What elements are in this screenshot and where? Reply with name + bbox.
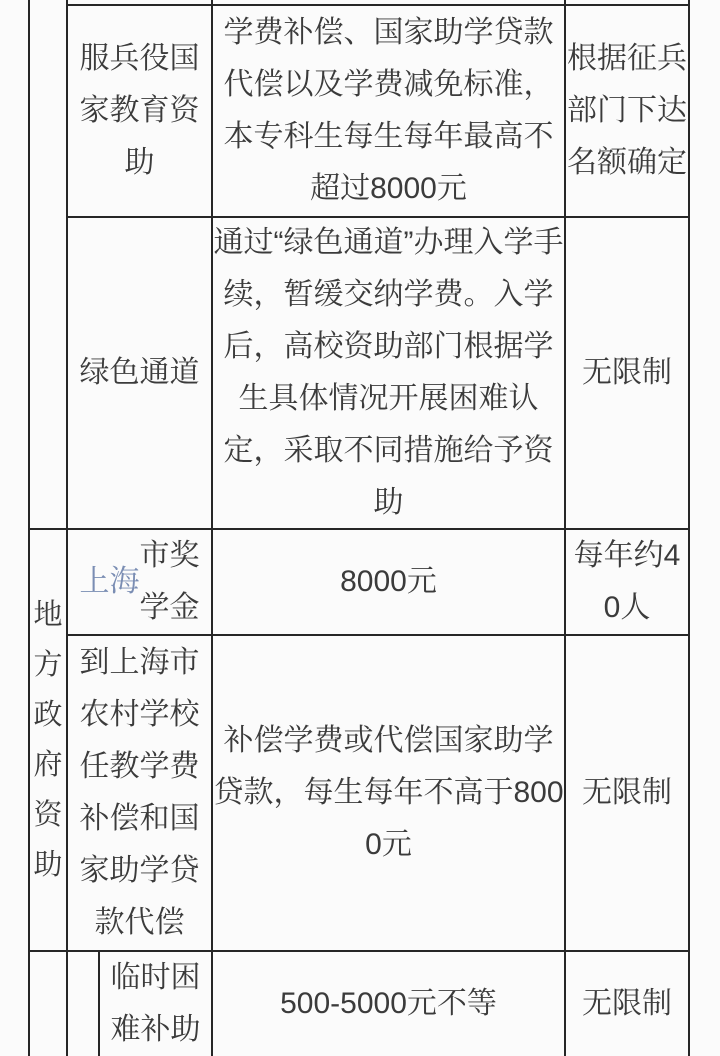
- aid-standard-cell: 8000元: [213, 530, 564, 633]
- aid-standard-cell: 通过“绿色通道”办理入学手 续，暂缓交纳学费。入学 后，高校资助部门根据学 生具…: [213, 218, 564, 528]
- program-name-cell: 绿色通道: [68, 218, 211, 528]
- quota-cell: 无限制: [566, 218, 688, 528]
- shanghai-link[interactable]: 上海: [80, 556, 140, 608]
- quota-cell: 无限制: [566, 636, 688, 949]
- financial-aid-table: 服兵役国 家教育资 助 学费补偿、国家助学贷款 代偿以及学费减免标准， 本专科生…: [0, 0, 720, 1056]
- program-name-cell: 上海市奖 学金: [68, 530, 211, 633]
- quota-cell: 无限制: [566, 952, 688, 1056]
- program-name-rest: 市奖 学金: [140, 530, 200, 633]
- aid-standard-cell: 补偿学费或代偿国家助学 贷款，每生每年不高于800 0元: [213, 636, 564, 949]
- category-label-local-government-aid: 地 方 政 府 资 助: [30, 530, 66, 950]
- program-name-cell: 到上海市 农村学校 任教学费 补偿和国 家助学贷 款代偿: [68, 636, 211, 949]
- aid-standard-cell: 学费补偿、国家助学贷款 代偿以及学费减免标准， 本专科生每生每年最高不 超过80…: [213, 6, 564, 216]
- program-name-cell: 服兵役国 家教育资 助: [68, 6, 211, 216]
- quota-cell: 每年约4 0人: [566, 530, 688, 633]
- quota-cell: 根据征兵 部门下达 名额确定: [566, 6, 688, 216]
- program-name-cell: 临时困 难补助: [100, 952, 211, 1056]
- aid-standard-cell: 500-5000元不等: [213, 952, 564, 1056]
